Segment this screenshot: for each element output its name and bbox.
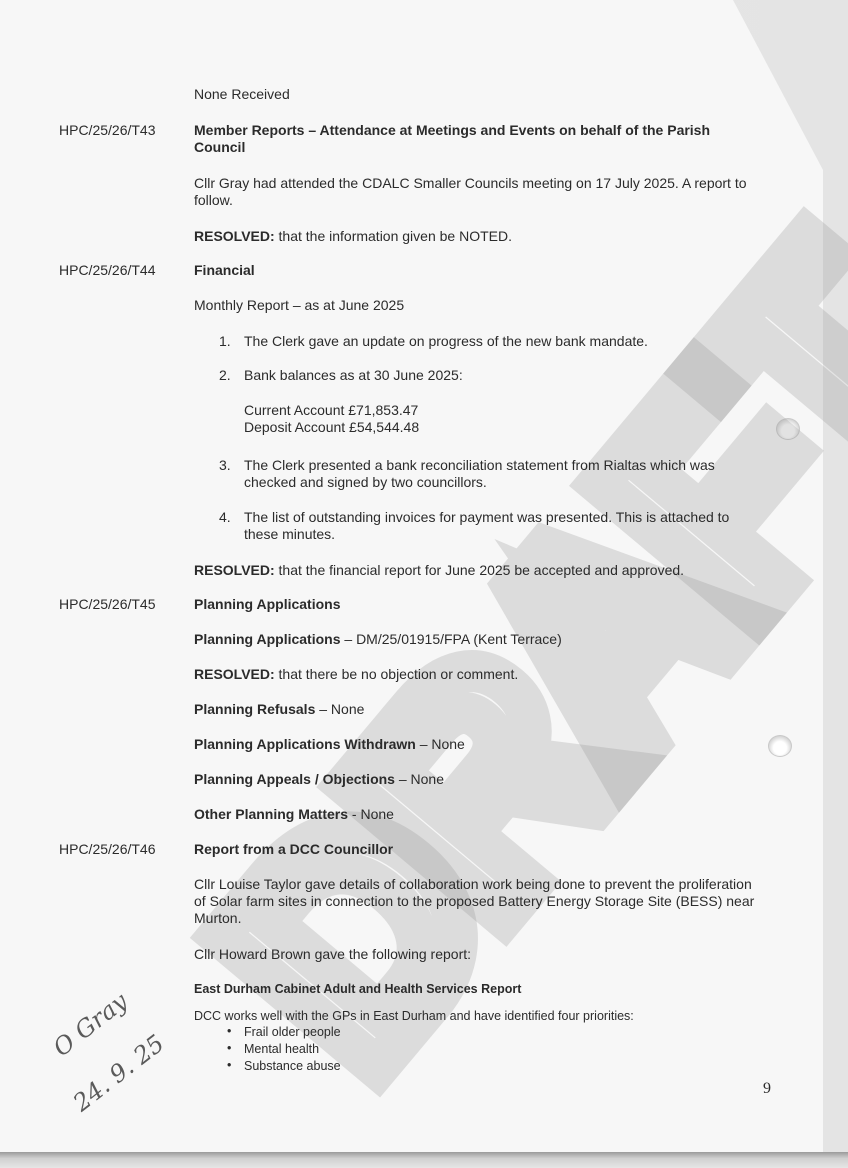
section-subtitle: Monthly Report – as at June 2025 — [194, 297, 404, 314]
section-body: Cllr Louise Taylor gave details of colla… — [194, 876, 764, 927]
planning-application-line: Planning Applications – DM/25/01915/FPA … — [194, 631, 562, 648]
section-title: Member Reports – Attendance at Meetings … — [194, 122, 764, 156]
other-planning-line: Other Planning Matters - None — [194, 806, 394, 823]
line-label: Planning Refusals — [194, 701, 315, 717]
planning-application-label: Planning Applications — [194, 631, 341, 647]
bullet-icon: • — [227, 1041, 231, 1055]
planning-withdrawn-line: Planning Applications Withdrawn – None — [194, 736, 465, 753]
section-title: Planning Applications — [194, 596, 341, 613]
section-body: Cllr Howard Brown gave the following rep… — [194, 946, 471, 963]
resolved-text: that there be no objection or comment. — [275, 666, 519, 682]
deposit-account-balance: Deposit Account £54,544.48 — [244, 419, 419, 436]
none-received-text: None Received — [194, 86, 290, 103]
list-item: Bank balances as at 30 June 2025: — [244, 367, 463, 384]
resolved-text: that the financial report for June 2025 … — [275, 562, 684, 578]
current-account-balance: Current Account £71,853.47 — [244, 402, 418, 419]
section-body: Cllr Gray had attended the CDALC Smaller… — [194, 175, 764, 209]
planning-application-ref: – DM/25/01915/FPA (Kent Terrace) — [341, 631, 562, 647]
bullet-icon: • — [227, 1058, 231, 1072]
section-ref: HPC/25/26/T44 — [59, 262, 156, 279]
report-heading: East Durham Cabinet Adult and Health Ser… — [194, 981, 521, 997]
line-value: – None — [315, 701, 364, 717]
resolved-line: RESOLVED: that there be no objection or … — [194, 666, 518, 683]
list-number: 1. — [219, 333, 231, 350]
section-ref: HPC/25/26/T46 — [59, 841, 156, 858]
planning-appeals-line: Planning Appeals / Objections – None — [194, 771, 444, 788]
list-number: 2. — [219, 367, 231, 384]
resolved-line: RESOLVED: that the financial report for … — [194, 562, 684, 579]
report-intro: DCC works well with the GPs in East Durh… — [194, 1008, 634, 1024]
section-title: Report from a DCC Councillor — [194, 841, 393, 858]
resolved-label: RESOLVED: — [194, 666, 275, 682]
resolved-line: RESOLVED: that the information given be … — [194, 228, 512, 245]
line-value: – None — [395, 771, 444, 787]
section-ref: HPC/25/26/T43 — [59, 122, 156, 139]
line-label: Planning Applications Withdrawn — [194, 736, 416, 752]
resolved-label: RESOLVED: — [194, 228, 275, 244]
list-item: The Clerk gave an update on progress of … — [244, 333, 648, 350]
paper-bottom-edge — [0, 1152, 848, 1168]
bullet-item: Frail older people — [244, 1024, 341, 1040]
bullet-item: Substance abuse — [244, 1058, 341, 1074]
resolved-text: that the information given be NOTED. — [275, 228, 512, 244]
page-number: 9 — [763, 1080, 771, 1098]
line-label: Planning Appeals / Objections — [194, 771, 395, 787]
line-value: – None — [416, 736, 465, 752]
section-ref: HPC/25/26/T45 — [59, 596, 156, 613]
line-label: Other Planning Matters — [194, 806, 348, 822]
resolved-label: RESOLVED: — [194, 562, 275, 578]
list-item: The Clerk presented a bank reconciliatio… — [244, 457, 764, 491]
punch-hole-icon — [768, 735, 792, 757]
list-number: 4. — [219, 509, 231, 526]
section-title: Financial — [194, 262, 255, 279]
planning-refusals-line: Planning Refusals – None — [194, 701, 364, 718]
list-number: 3. — [219, 457, 231, 474]
list-item: The list of outstanding invoices for pay… — [244, 509, 764, 543]
bullet-item: Mental health — [244, 1041, 319, 1057]
line-value: - None — [348, 806, 394, 822]
punch-hole-icon — [776, 418, 800, 440]
bullet-icon: • — [227, 1024, 231, 1038]
